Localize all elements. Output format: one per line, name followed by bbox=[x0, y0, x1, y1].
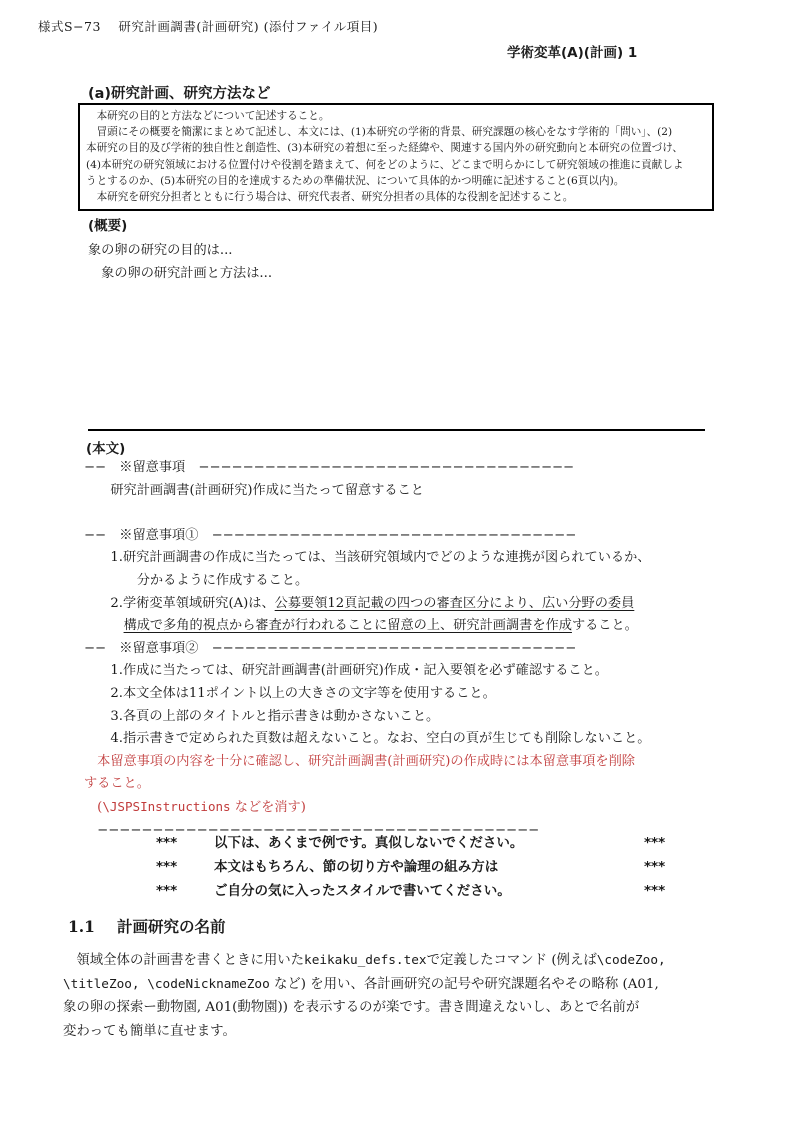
text-line: うとするのか、(5)本研究の目的を達成するための準備状況、について具体的かつ明確… bbox=[86, 173, 706, 189]
text-line: −− ※留意事項① −−−−−−−−−−−−−−−−−−−−−−−−−−−−−−… bbox=[84, 525, 712, 548]
text-line: 2.本文全体は11ポイント以上の大きさの文字等を使用すること。 bbox=[84, 683, 712, 706]
text-line: 2.学術変革領域研究(A)は、公募要領12頁記載の四つの審査区分により、広い分野… bbox=[84, 593, 712, 616]
stars-right: *** bbox=[644, 831, 692, 855]
summary-heading: (概要) bbox=[88, 214, 127, 234]
text-segment: で定義したコマンド (例えば bbox=[427, 953, 597, 968]
stars-left: *** bbox=[156, 879, 212, 903]
stars-left: *** bbox=[156, 855, 212, 879]
text-segment: 変わっても簡単に直せます。 bbox=[63, 1024, 236, 1039]
text-segment: すること。 bbox=[572, 618, 638, 633]
text-line: 領域全体の計画書を書くときに用いたkeikaku_defs.texで定義したコマ… bbox=[63, 949, 711, 973]
text-segment: 本留意事項の内容を十分に確認し、研究計画調書(計画研究)の作成時には本留意事項を… bbox=[84, 754, 635, 769]
text-segment: 公募要領12頁記載の四つの審査区分により、広い分野の委員 bbox=[275, 596, 635, 611]
text-segment: など) を用い、各計画研究の記号や研究課題名やその略称 (A01, bbox=[270, 977, 659, 992]
text-line: (\JSPSInstructions などを消す) bbox=[84, 796, 712, 820]
text-line: 3.各頁の上部のタイトルと指示書きは動かさないこと。 bbox=[84, 706, 712, 729]
stars-left: *** bbox=[156, 831, 212, 855]
text-segment: \codeZoo, bbox=[597, 953, 666, 968]
summary-plan-line: 象の卵の研究計画と方法は... bbox=[88, 262, 272, 281]
stars-right: *** bbox=[644, 855, 692, 879]
text-line: 4.指示書きで定められた頁数は超えないこと。なお、空白の頁が生じても削除しないこ… bbox=[84, 728, 712, 751]
body-heading: (本文) bbox=[86, 437, 125, 457]
text-line: −− ※留意事項② −−−−−−−−−−−−−−−−−−−−−−−−−−−−−−… bbox=[84, 638, 712, 661]
text-segment: ( bbox=[84, 800, 102, 815]
example-note-line: ***以下は、あくまで例です。真似しないでください。*** bbox=[156, 831, 692, 855]
example-note-text: 以下は、あくまで例です。真似しないでください。 bbox=[212, 831, 644, 855]
text-segment: 領域全体の計画書を書くときに用いた bbox=[63, 953, 304, 968]
example-note-block: ***以下は、あくまで例です。真似しないでください。*** ***本文はもちろん… bbox=[156, 831, 692, 904]
example-note-text: 本文はもちろん、節の切り方や論理の組み方は bbox=[212, 855, 644, 879]
text-line: 象の卵の探索ー動物園, A01(動物園)) を表示するのが楽です。書き間違えない… bbox=[63, 996, 711, 1020]
document-page: 様式S−73 研究計画調書(計画研究) (添付ファイル項目) 学術変革(A)(計… bbox=[0, 0, 794, 1123]
section-a-heading: (a)研究計画、研究方法など bbox=[88, 82, 271, 103]
section-1-1-paragraph: 領域全体の計画書を書くときに用いたkeikaku_defs.texで定義したコマ… bbox=[63, 949, 711, 1043]
horizontal-rule bbox=[88, 429, 705, 431]
example-note-line: ***本文はもちろん、節の切り方や論理の組み方は*** bbox=[156, 855, 692, 879]
text-line: 冒頭にその概要を簡潔にまとめて記述し、本文には、(1)本研究の学術的背景、研究課… bbox=[86, 124, 706, 140]
text-segment: 2.学術変革領域研究(A)は、 bbox=[84, 596, 275, 611]
page-category-header: 学術変革(A)(計画) 1 bbox=[507, 41, 637, 61]
text-line: \titleZoo, \codeNicknameZoo など) を用い、各計画研… bbox=[63, 973, 711, 997]
text-segment: すること。 bbox=[84, 776, 150, 791]
text-line: 研究計画調書(計画研究)作成に当たって留意すること bbox=[84, 480, 712, 503]
section-1-1-heading: 1.1計画研究の名前 bbox=[68, 915, 225, 937]
stars-right: *** bbox=[644, 879, 692, 903]
text-segment: \JSPSInstructions bbox=[102, 799, 230, 814]
text-line: −− ※留意事項 −−−−−−−−−−−−−−−−−−−−−−−−−−−−−−−… bbox=[84, 457, 712, 480]
text-segment: keikaku_defs.tex bbox=[304, 953, 427, 968]
text-line: 1.作成に当たっては、研究計画調書(計画研究)作成・記入要領を必ず確認すること。 bbox=[84, 660, 712, 683]
text-segment: 構成で多角的視点から審査が行われることに留意の上、研究計画調書を作成 bbox=[124, 618, 572, 633]
example-note-line: ***ご自分の気に入ったスタイルで書いてください。*** bbox=[156, 879, 692, 903]
instruction-box: 本研究の目的と方法などについて記述すること。 冒頭にその概要を簡潔にまとめて記述… bbox=[78, 103, 714, 211]
form-code-header: 様式S−73 研究計画調書(計画研究) (添付ファイル項目) bbox=[38, 17, 378, 35]
text-line: 本研究の目的及び学術的独自性と創造性、(3)本研究の着想に至った経緯や、関連する… bbox=[86, 140, 706, 156]
text-line: 1.研究計画調書の作成に当たっては、当該研究領域内でどのような連携が図られている… bbox=[84, 547, 712, 570]
text-line: 本研究を研究分担者とともに行う場合は、研究代表者、研究分担者の具体的な役割を記述… bbox=[86, 189, 706, 205]
text-line: (4)本研究の研究領域における位置付けや役割を踏まえて、何をどのように、どこまで… bbox=[86, 157, 706, 173]
text-segment: \titleZoo, \codeNicknameZoo bbox=[63, 977, 270, 992]
text-segment: などを消す) bbox=[231, 800, 306, 815]
text-line: 分かるように作成すること。 bbox=[84, 570, 712, 593]
text-line: 本研究の目的と方法などについて記述すること。 bbox=[86, 108, 706, 124]
section-title: 計画研究の名前 bbox=[117, 918, 226, 936]
example-note-text: ご自分の気に入ったスタイルで書いてください。 bbox=[212, 879, 644, 903]
text-line: すること。 bbox=[84, 773, 712, 796]
section-number: 1.1 bbox=[68, 917, 95, 936]
notice-block: −− ※留意事項 −−−−−−−−−−−−−−−−−−−−−−−−−−−−−−−… bbox=[84, 457, 712, 842]
text-line: 本留意事項の内容を十分に確認し、研究計画調書(計画研究)の作成時には本留意事項を… bbox=[84, 751, 712, 774]
text-line: 構成で多角的視点から審査が行われることに留意の上、研究計画調書を作成すること。 bbox=[84, 615, 712, 638]
text-line: 変わっても簡単に直せます。 bbox=[63, 1020, 711, 1044]
summary-purpose-line: 象の卵の研究の目的は... bbox=[88, 239, 232, 258]
text-segment: 象の卵の探索ー動物園, A01(動物園)) を表示するのが楽です。書き間違えない… bbox=[63, 1000, 639, 1015]
text-segment bbox=[84, 618, 124, 633]
text-line bbox=[84, 502, 712, 525]
